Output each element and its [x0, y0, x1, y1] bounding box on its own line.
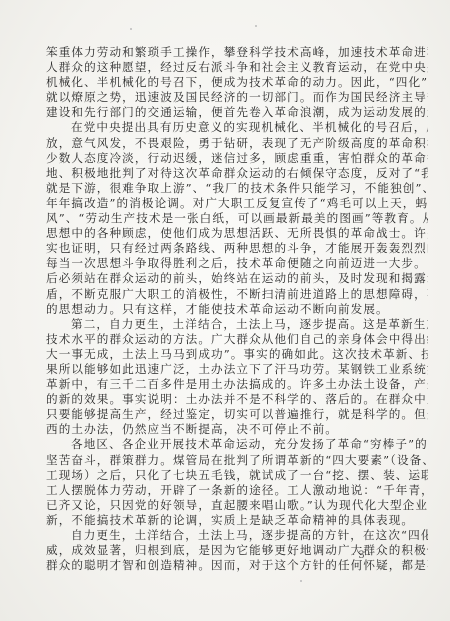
text-line: 年年搞改造”的消极论调。对广大职工反复宣传了“鸡毛可以上天，蚂蚁可以出远	[46, 196, 428, 211]
text-line: 第二，自力更生，土洋结合，土法上马，逐步提高。这是革新生产技术，提高生产	[46, 317, 428, 332]
page-number: · 3 ·	[352, 550, 371, 561]
text-line: 放，意气风发，不畏艰险，勇于钻研，表现了无产阶级高度的革命积极性。但是，也有	[46, 136, 428, 151]
text-line: 西的土办法，仍然应当不断提高，决不可停止不前。	[46, 422, 428, 437]
text-line: 思想中的各种顾虑，使他们成为思想活跃、无所畏惧的革命战士。许多厂矿的具体事	[46, 226, 428, 241]
text-line: 就以燎原之势，迅速波及国民经济的一切部门。而作为国民经济主导部门的工业、基本	[46, 90, 428, 105]
text-line: 技术水平的群众运动的方法。广大群众从他们自己的亲身体会中得出结论说：“贪洋求	[46, 332, 428, 347]
text-line: 新，不能搞技术革新的论调，实质上是缺乏革命精神的具体表现。	[46, 513, 428, 528]
text-line: 人群众的这种愿望，经过反右派斗争和社会主义教育运动，在党中央关于实现手工操作	[46, 60, 428, 75]
text-line: 果所以能够如此迅速广泛，土办法立下了汗马功劳。某钢铁工业系统实现的三千八百多件	[46, 362, 428, 377]
text-line: 建设和先行部门的交通运输，便首先卷入革命浪潮，成为运动发展的急先锋。	[46, 105, 428, 120]
text-line: 盾，不断克服广大职工的消极性，不断扫清前进道路上的思想障碍，不断地增强革命	[46, 287, 428, 302]
text-line: 坚苦奋斗，群策群力。煤管局在批判了所谓革新的“四大要素”（设备、时间、人力、完善…	[46, 453, 428, 468]
text-line: 就是下游，很难争取上游”、“我厂的技术条件只能学习，不能独创”、“月月搞革新，	[46, 181, 428, 196]
text-line: 自力更生，土洋结合，土法上马，逐步提高的方针，在这次“四化”运动中大显其	[46, 528, 428, 543]
text-line: 革新中，有三千二百多件是用土办法搞成的。许多土办法土设备，产生了人们意想不到	[46, 377, 428, 392]
text-line: 地、积极地批判了对待这次革命群众运动的右倾保守态度，反对了“我厂的生产技术本来	[46, 166, 428, 181]
text-line: 在党中央提出具有历史意义的实现机械化、半机械化的号召后，广大职工热情奔	[46, 120, 428, 135]
text-line: 各地区、各企业开展技术革命运动，充分发扬了革命“穷棒子”的精神。广穷志不穷，	[46, 437, 428, 452]
text-line: 只要能够提高生产，经过鉴定，切实可以普遍推行，就是科学的。但是，合乎科学的东	[46, 407, 428, 422]
text-line: 的思想动力。只有这样，才能使技术革命运动不断向前发展。	[46, 302, 428, 317]
text-line: 少数人态度冷淡，行动迟缓，迷信过多，顾虑重重，害怕群众的革命行动。各级党委坚定	[46, 151, 428, 166]
text-line: 工现场）之后，只化了七块五毛钱，就试成了一台“挖、摆、装、运联合机”，为该厂	[46, 468, 428, 483]
text-line: 工人摆脱体力劳动，开辟了一条新的途径。工人激动地说：“千年青，万年红，四条马	[46, 483, 428, 498]
text-line: 风”、“劳动生产技术是一张白纸，可以画最新最美的图画”等教育。从而，解放了职工群…	[46, 211, 428, 226]
scan-speck	[170, 565, 172, 567]
scanned-page: 笨重体力劳动和繁琐手工操作，攀登科学技术高峰，加速技术革命进程的强烈愿望。工人群…	[0, 0, 450, 621]
text-line: 已齐又论，只因党的好领导，直起腰来唱山歌。”认为现代化大型企业不必要搞技术革	[46, 498, 428, 513]
scan-speck	[130, 28, 132, 30]
text-line: 机械化、半机械化的号召下，便成为技术革命的动力。因此，“四化”运动一经出现，	[46, 75, 428, 90]
text-line: 的新的效果。事实说明：土办法并不是不科学的、落后的。在群众中土生土长的办法，	[46, 392, 428, 407]
scan-speck	[300, 580, 302, 582]
body-text: 笨重体力劳动和繁琐手工操作，攀登科学技术高峰，加速技术革命进程的强烈愿望。工人群…	[46, 45, 428, 573]
text-line: 笨重体力劳动和繁琐手工操作，攀登科学技术高峰，加速技术革命进程的强烈愿望。工	[46, 45, 428, 60]
text-line: 后必须站在群众运动的前头，始终站在运动的前头，及时发现和揭露矛盾，善于正确地解决…	[46, 271, 428, 286]
text-line: 每当一次思想斗争取得胜利之后，技术革命便随之向前迈进一大步。因此，各级党委今	[46, 256, 428, 271]
text-line: 大一事无成，土法上马马到成功”。事实的确如此。这次技术革新、技术革命运动的成	[46, 347, 428, 362]
scan-speck	[255, 25, 257, 27]
text-line: 实也证明，只有经过两条路线、两种思想的斗争，才能展开轰轰烈烈的技术革命。	[46, 241, 428, 256]
